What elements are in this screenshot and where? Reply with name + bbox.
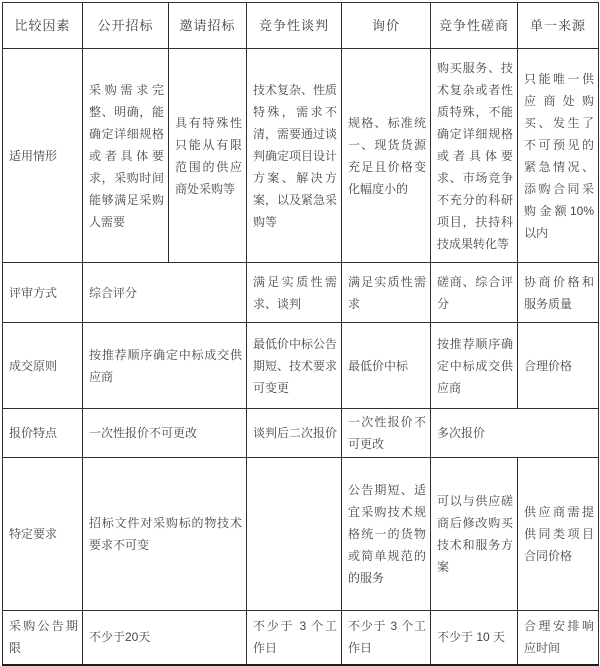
column-header-public-bidding: 公开招标	[83, 3, 169, 49]
row-specific-requirements: 特定要求 招标文件对采购标的物技术要求不可变 公告期短、适宜采购技术规格统一的货…	[3, 458, 599, 611]
cell-competitive-consultation: 不少于 10 天	[431, 611, 518, 665]
cell-bidding-merged: 招标文件对采购标的物技术要求不可变	[83, 458, 247, 611]
row-label-evaluation-method: 评审方式	[3, 263, 83, 323]
row-label-specific-requirements: 特定要求	[3, 458, 83, 611]
cell-inquiry: 一次性报价不可更改	[342, 409, 431, 458]
cell-inquiry: 满足实质性需求	[342, 263, 431, 323]
cell-competitive-negotiation: 谈判后二次报价	[247, 409, 342, 458]
cell-bidding-merged: 按推荐顺序确定中标成交供应商	[83, 323, 247, 409]
cell-consultation-single-merged: 多次报价	[431, 409, 599, 458]
cell-competitive-negotiation: 技术复杂、性质特殊，需求不清，需要通过谈判确定项目设计方案、解决方案，以及紧急采…	[247, 49, 342, 263]
column-header-competitive-negotiation: 竞争性谈判	[247, 3, 342, 49]
row-transaction-principle: 成交原则 按推荐顺序确定中标成交供应商 最低价中标公告期短、技术要求可变更 最低…	[3, 323, 599, 409]
cell-bidding-merged: 一次性报价不可更改	[83, 409, 247, 458]
row-quotation-characteristics: 报价特点 一次性报价不可更改 谈判后二次报价 一次性报价不可更改 多次报价	[3, 409, 599, 458]
cell-competitive-negotiation: 满足实质性需求、谈判	[247, 263, 342, 323]
cell-single-source: 合理价格	[518, 323, 599, 409]
row-label-transaction-principle: 成交原则	[3, 323, 83, 409]
row-label-quotation-characteristics: 报价特点	[3, 409, 83, 458]
cell-competitive-consultation: 购买服务、技术复杂或者性质特殊，不能确定详细规格或者具体要求、市场竞争不充分的科…	[431, 49, 518, 263]
cell-competitive-consultation: 可以与供应磋商后修改购买技术和服务方案	[431, 458, 518, 611]
procurement-comparison-table: 比较因素 公开招标 邀请招标 竞争性谈判 询价 竞争性磋商 单一来源 适用情形 …	[2, 2, 599, 666]
column-header-competitive-consultation: 竞争性磋商	[431, 3, 518, 49]
cell-single-source: 只能唯一供应商处购买、发生了不可预见的紧急情况、添购合同采购金额10%以内	[518, 49, 599, 263]
row-applicable-situations: 适用情形 采购需求完整、明确，能确定详细规格或者具体要求，采购时间能够满足采购人…	[3, 49, 599, 263]
cell-bidding-merged: 不少于20天	[83, 611, 247, 665]
page: 比较因素 公开招标 邀请招标 竞争性谈判 询价 竞争性磋商 单一来源 适用情形 …	[0, 0, 600, 663]
cell-single-source: 协商价格和服务质量	[518, 263, 599, 323]
cell-bidding-merged: 综合评分	[83, 263, 247, 323]
cell-competitive-negotiation-empty	[247, 458, 342, 611]
header-row: 比较因素 公开招标 邀请招标 竞争性谈判 询价 竞争性磋商 单一来源	[3, 3, 599, 49]
cell-competitive-negotiation: 不少于 3 个工作日	[247, 611, 342, 665]
cell-competitive-negotiation: 最低价中标公告期短、技术要求可变更	[247, 323, 342, 409]
cell-invited-bidding: 具有特殊性只能从有限范围的供应商处采购等	[169, 49, 247, 263]
cell-inquiry: 公告期短、适宜采购技术规格统一的货物或简单规范的的服务	[342, 458, 431, 611]
column-header-factor: 比较因素	[3, 3, 83, 49]
row-label-announcement-period: 采购公告期限	[3, 611, 83, 665]
cell-single-source: 合理安排响应时间	[518, 611, 599, 665]
cell-single-source: 供应商需提供同类项目合同价格	[518, 458, 599, 611]
row-evaluation-method: 评审方式 综合评分 满足实质性需求、谈判 满足实质性需求 磋商、综合评分 协商价…	[3, 263, 599, 323]
column-header-inquiry: 询价	[342, 3, 431, 49]
cell-public-bidding: 采购需求完整、明确，能确定详细规格或者具体要求，采购时间能够满足采购人需要	[83, 49, 169, 263]
cell-competitive-consultation: 磋商、综合评分	[431, 263, 518, 323]
cell-inquiry: 最低价中标	[342, 323, 431, 409]
row-label-applicable-situations: 适用情形	[3, 49, 83, 263]
column-header-single-source: 单一来源	[518, 3, 599, 49]
cell-inquiry: 不少于 3 个工作日	[342, 611, 431, 665]
cell-competitive-consultation: 按推荐顺序确定中标成交供应商	[431, 323, 518, 409]
row-announcement-period: 采购公告期限 不少于20天 不少于 3 个工作日 不少于 3 个工作日 不少于 …	[3, 611, 599, 665]
column-header-invited-bidding: 邀请招标	[169, 3, 247, 49]
cell-inquiry: 规格、标准统一、现货货源充足且价格变化幅度小的	[342, 49, 431, 263]
